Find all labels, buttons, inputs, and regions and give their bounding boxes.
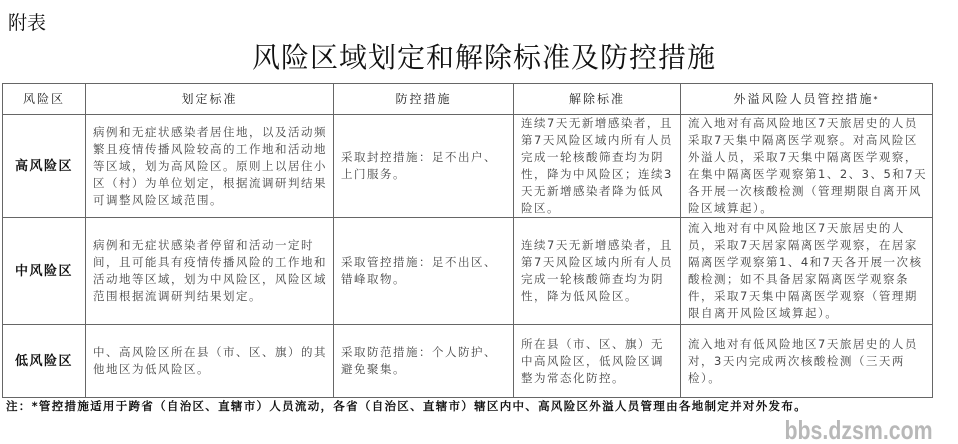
watermark: bbs.dzsm.com	[785, 415, 933, 444]
table-row-medium-risk: 中风险区 病例和无症状感染者停留和活动一定时间，且可能具有疫情传播风险的工作地和…	[3, 218, 933, 325]
criteria-cell: 中、高风险区所在县（市、区、旗）的其他地区为低风险区。	[86, 325, 334, 398]
header-overflow-label: 外溢风险人员管控措施	[733, 92, 873, 106]
criteria-cell: 病例和无症状感染者停留和活动一定时间，且可能具有疫情传播风险的工作地和活动地等区…	[86, 218, 334, 325]
header-lifting: 解除标准	[514, 84, 681, 115]
table-row-high-risk: 高风险区 病例和无症状感染者居住地，以及活动频繁且疫情传播风险较高的工作地和活动…	[3, 115, 933, 218]
lifting-cell: 所在县（市、区、旗）无中高风险区，低风险区调整为常态化防控。	[514, 325, 681, 398]
overflow-cell: 流入地对有低风险地区7天旅居史的人员对，3天内完成两次核酸检测（三天两检）。	[681, 325, 933, 398]
footnote: 注：*管控措施适用于跨省（自治区、直辖市）人员流动，各省（自治区、直辖市）辖区内…	[6, 398, 807, 414]
lifting-cell: 连续7天无新增感染者，且第7天风险区域内所有人员完成一轮核酸筛查均为阴性，降为低…	[514, 218, 681, 325]
table-header-row: 风险区 划定标准 防控措施 解除标准 外溢风险人员管控措施*	[3, 84, 933, 115]
header-zone: 风险区	[3, 84, 86, 115]
risk-zone-table: 风险区 划定标准 防控措施 解除标准 外溢风险人员管控措施* 高风险区 病例和无…	[2, 83, 933, 398]
measures-cell: 采取防范措施：个人防护、避免聚集。	[334, 325, 514, 398]
zone-cell: 中风险区	[3, 218, 86, 325]
criteria-cell: 病例和无症状感染者居住地，以及活动频繁且疫情传播风险较高的工作地和活动地等区域，…	[86, 115, 334, 218]
overflow-cell: 流入地对有中风险地区7天旅居史的人员，采取7天居家隔离医学观察，在居家隔离医学观…	[681, 218, 933, 325]
appendix-label: 附表	[8, 8, 46, 35]
overflow-cell: 流入地对有高风险地区7天旅居史的人员采取7天集中隔离医学观察。对高风险区外溢人员…	[681, 115, 933, 218]
table-row-low-risk: 低风险区 中、高风险区所在县（市、区、旗）的其他地区为低风险区。 采取防范措施：…	[3, 325, 933, 398]
measures-cell: 采取管控措施：足不出区、错峰取物。	[334, 218, 514, 325]
measures-cell: 采取封控措施：足不出户、上门服务。	[334, 115, 514, 218]
header-criteria: 划定标准	[86, 84, 334, 115]
footnote-marker: *	[874, 95, 880, 104]
header-overflow: 外溢风险人员管控措施*	[681, 84, 933, 115]
lifting-cell: 连续7天无新增感染者，且第7天风险区域内所有人员完成一轮核酸筛查均为阴性，降为中…	[514, 115, 681, 218]
document-title: 风险区域划定和解除标准及防控措施	[0, 36, 958, 76]
zone-cell: 低风险区	[3, 325, 86, 398]
header-measures: 防控措施	[334, 84, 514, 115]
zone-cell: 高风险区	[3, 115, 86, 218]
